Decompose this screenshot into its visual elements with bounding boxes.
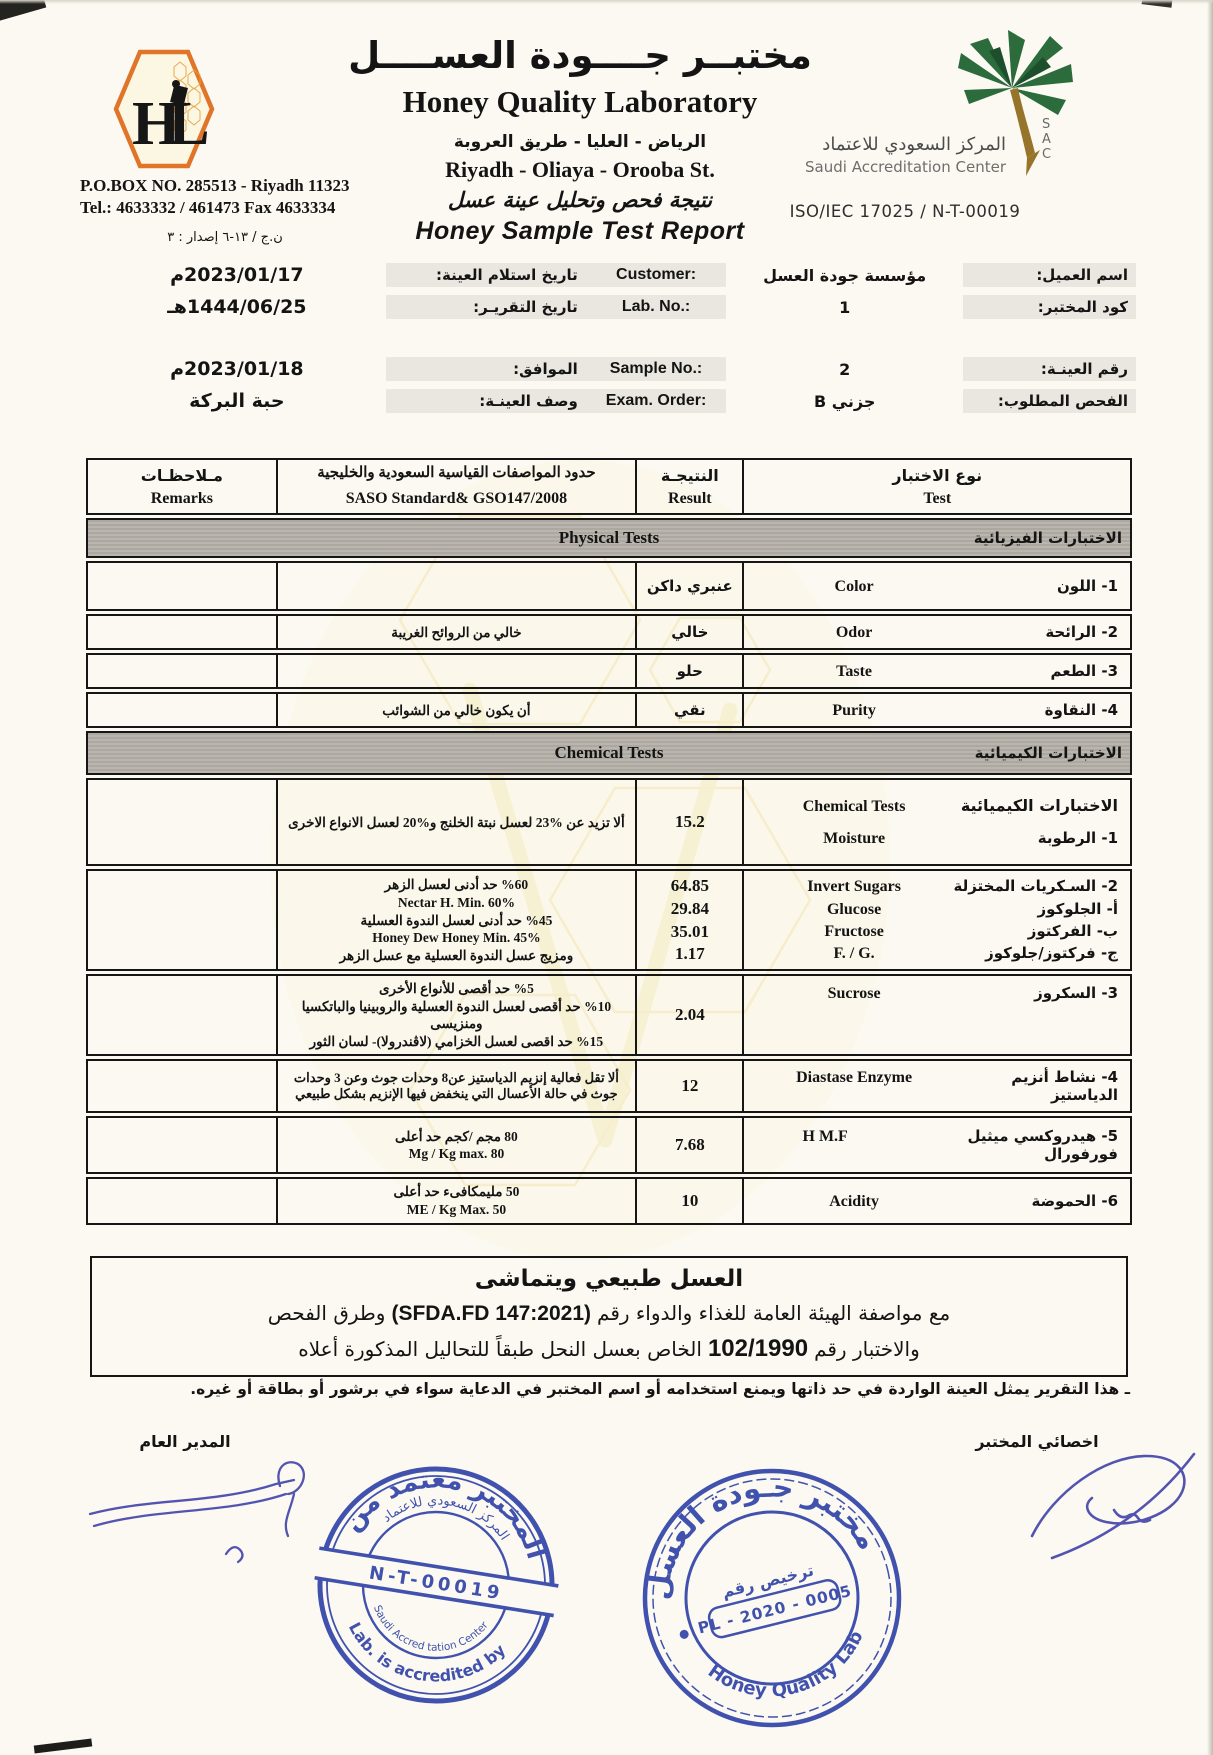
result-value: 64.85 <box>671 876 709 896</box>
standard-value <box>278 655 637 687</box>
remarks-value <box>88 1118 278 1172</box>
test-sub-en: Fructose <box>756 923 951 941</box>
test-name-en: Taste <box>756 663 951 681</box>
result-value: عنبري داكن <box>647 577 733 595</box>
remarks-value <box>88 694 278 726</box>
exam-order-label-en: Exam. Order: <box>586 389 726 413</box>
scanned-report-page: HL P.O.BOX NO. 285513 - Riyadh 11323 Tel… <box>0 0 1213 1755</box>
standard-header-cell: حدود المواصفات القياسية السعودية والخليج… <box>278 460 637 513</box>
sfda-standard-ref: (SFDA.FD 147:2021) <box>391 1302 591 1325</box>
table-row: 5- هيدروكسي ميثيل فورفورالH M.F 7.68 80 … <box>86 1116 1132 1174</box>
lab-title-arabic: مختبــر جــــودة العســــل <box>300 34 860 77</box>
standard-value: خالي من الروائح الغريبة <box>278 616 637 648</box>
result-value: 1.17 <box>675 944 705 964</box>
standard-value: أن يكون خالي من الشوائب <box>278 694 637 726</box>
table-row: 3- السكروزSucrose 2.04 %5 حد أقصى للأنوا… <box>86 974 1132 1056</box>
test-method-ref: 102/1990 <box>708 1335 808 1362</box>
test-header-ar: نوع الاختبار <box>892 466 982 485</box>
chemical-tests-band: الاختبارات الكيميائية Chemical Tests <box>86 731 1132 775</box>
result-value: 10 <box>681 1191 698 1211</box>
conclusion-line-2: مع مواصفة الهيئة العامة للغذاء والدواء ر… <box>106 1301 1112 1326</box>
table-header-row: نوع الاختبار Test النتيجـة Result حدود ا… <box>86 458 1132 515</box>
info-row-customer: اسم العميل: مؤسسة جودة العسل Customer: ت… <box>88 260 1136 290</box>
results-table: نوع الاختبار Test النتيجـة Result حدود ا… <box>86 458 1132 1228</box>
test-name-en: Moisture <box>756 830 951 848</box>
test-header-en: Test <box>923 490 951 508</box>
physical-band-en: Physical Tests <box>88 528 1130 548</box>
gregorian-date-value: 2023/01/18م <box>88 358 386 380</box>
customer-label-ar: اسم العميل: <box>963 263 1136 287</box>
table-row: 2- السـكريات المختزلةInvert Sugars أ- ال… <box>86 869 1132 971</box>
result-value: نقي <box>674 701 706 719</box>
specialist-signature <box>1018 1448 1208 1578</box>
test-name-en: H M.F <box>756 1128 893 1146</box>
test-name-ar: 3- السكروز <box>952 984 1118 1002</box>
info-row-lab-no: كود المختبر: 1 Lab. No.: تاريخ التقريـر:… <box>88 292 1136 322</box>
general-manager-label: المدير العام <box>126 1432 244 1451</box>
scan-artifact-bottom-left <box>34 1738 93 1753</box>
result-value: 29.84 <box>671 899 709 919</box>
standard-value <box>278 563 637 609</box>
sample-desc-label: وصف العينـة: <box>386 389 586 413</box>
iso-accreditation-line: ISO/IEC 17025 / N-T-00019 <box>780 202 1030 221</box>
table-row: 1- اللونColor عنبري داكن <box>86 561 1132 611</box>
chemical-section-en: Chemical Tests <box>756 798 951 816</box>
sac-letter-s: S <box>1042 117 1050 132</box>
test-name-en: Odor <box>756 624 951 642</box>
remarks-value <box>88 780 278 864</box>
standard-value: 50 مليمكافىء حد أعلى 50 ME / Kg Max.‎ <box>278 1179 637 1222</box>
customer-value: مؤسسة جودة العسل <box>726 266 963 285</box>
report-date-label: تاريخ التقريـر: <box>386 295 586 319</box>
table-row: 2- الرائحةOdor خالي خالي من الروائح الغر… <box>86 614 1132 650</box>
standard-value: %5 حد أقصى للأنواع الأخرى %10 حد أقصى لع… <box>278 976 637 1054</box>
customer-label-en: Customer: <box>586 263 726 287</box>
chemical-band-en: Chemical Tests <box>88 743 1130 763</box>
result-header-cell: النتيجـة Result <box>637 460 744 513</box>
conclusion-line-3: والاختبار رقم102/1990الخاص بعسل النحل طب… <box>106 1335 1112 1363</box>
remarks-value <box>88 976 278 1054</box>
gregorian-date-label: الموافق: <box>386 357 586 381</box>
lab-license-stamp: مختبر جـودة العسل ترخيص رقم PL - 2020 - … <box>636 1462 908 1734</box>
report-title-english: Honey Sample Test Report <box>300 217 860 246</box>
svg-text:Honey Quality Lab: Honey Quality Lab <box>701 1624 878 1719</box>
table-row: 3- الطعمTaste حلو <box>86 653 1132 689</box>
exam-order-value: جزني B <box>726 392 963 411</box>
info-row-exam-order: الفحص المطلوب: جزني B Exam. Order: وصف ا… <box>88 386 1136 416</box>
stamp-accredited-from-ar: المختبر معتمد من <box>334 1462 559 1567</box>
result-header-ar: النتيجـة <box>661 466 719 485</box>
table-row: 4- نشاط أنزيم الدياستيزDiastase Enzyme 1… <box>86 1059 1132 1113</box>
conclusion-line3-post: الخاص بعسل النحل طبقاً للتحاليل المذكورة… <box>298 1337 702 1361</box>
test-name-en: Color <box>756 578 951 596</box>
report-title-arabic: نتيجة فحص وتحليل عينة عسل <box>300 188 860 212</box>
accreditation-stamp: المختبر معتمد من المركز السعودي للاعتماد… <box>313 1462 559 1708</box>
test-name-ar: 4- النقاوة <box>952 701 1118 719</box>
table-row: 4- النقاوةPurity نقي أن يكون خالي من الش… <box>86 692 1132 728</box>
exam-order-label-ar: الفحص المطلوب: <box>963 389 1136 413</box>
test-name-ar: 5- هيدروكسي ميثيل فورفورال <box>894 1127 1118 1163</box>
info-row-sample-no: رقم العينـة: 2 Sample No.: الموافق: 2023… <box>88 354 1136 384</box>
standard-value: %60 حد أدنى لعسل الزهر 60% Nectar H. Min… <box>278 871 637 969</box>
remarks-value <box>88 563 278 609</box>
result-value: 35.01 <box>671 922 709 942</box>
honey-lab-logo: HL <box>110 40 218 178</box>
remarks-header-ar: مـلاحظـات <box>141 466 223 485</box>
test-name-en: Sucrose <box>756 985 951 1003</box>
conclusion-line3-pre: والاختبار رقم <box>814 1337 920 1361</box>
test-header-cell: نوع الاختبار Test <box>744 460 1130 513</box>
logo-letters: HL <box>132 90 207 158</box>
result-value: 2.04 <box>675 1005 705 1025</box>
receive-date-value: 2023/01/17م <box>88 264 386 286</box>
test-sub-ar: ج- فركتوز/جلوكوز <box>952 944 1118 962</box>
test-sub-en: Glucose <box>756 901 951 919</box>
result-value: 15.2 <box>675 812 705 832</box>
test-name-ar: 6- الحموضة <box>952 1192 1118 1210</box>
test-name-en: Acidity <box>756 1193 951 1211</box>
test-name-en: Purity <box>756 702 951 720</box>
sample-no-value: 2 <box>726 360 963 379</box>
table-row: 6- الحموضةAcidity 10 50 مليمكافىء حد أعل… <box>86 1177 1132 1224</box>
test-name-ar: 1- اللون <box>952 577 1118 595</box>
test-name-ar: 4- نشاط أنزيم الدياستيز <box>952 1068 1118 1104</box>
test-name-ar: 3- الطعم <box>952 662 1118 680</box>
stamp-lab-name-en: Honey Quality Lab <box>701 1624 878 1719</box>
test-name-ar: 2- السـكريات المختزلة <box>952 877 1118 895</box>
standard-header-en: SASO Standard& GSO147/2008 <box>346 489 567 510</box>
remarks-value <box>88 871 278 969</box>
test-sub-ar: ب- الفركتوز <box>952 922 1118 940</box>
sac-letter-a: A <box>1042 132 1051 147</box>
lab-title-english: Honey Quality Laboratory <box>300 84 860 120</box>
sac-name-english: Saudi Accreditation Center <box>760 158 1006 176</box>
standard-value: ألا تقل فعالية إنزيم الدياستيز عن8 وحدات… <box>278 1061 637 1111</box>
chemical-section-ar: الاختبارات الكيميائية <box>952 796 1118 815</box>
standard-value: ألا تزيد عن %23 لعسل نبتة الخلنج و%20 لع… <box>278 780 637 864</box>
result-value: 7.68 <box>675 1135 705 1155</box>
remarks-value <box>88 1061 278 1111</box>
remarks-header-cell: مـلاحظـات Remarks <box>88 460 278 513</box>
conclusion-headline: العسل طبيعي ويتماشى <box>106 1266 1112 1292</box>
remarks-value <box>88 616 278 648</box>
sample-desc-value: حبة البركة <box>88 390 386 412</box>
standard-header-ar: حدود المواصفات القياسية السعودية والخليج… <box>317 464 595 484</box>
physical-tests-band: الاختبارات الفيزيائية Physical Tests <box>86 518 1132 558</box>
test-name-ar: 2- الرائحة <box>952 623 1118 641</box>
sample-no-label-ar: رقم العينـة: <box>963 357 1136 381</box>
sac-letter-c: C <box>1042 147 1051 162</box>
result-header-en: Result <box>668 490 712 508</box>
test-name-en: Invert Sugars <box>756 878 951 896</box>
result-value: حلو <box>677 662 703 680</box>
remarks-value <box>88 655 278 687</box>
table-row: الاختبارات الكيميائيةChemical Tests 1- ا… <box>86 778 1132 866</box>
test-name-ar: 1- الرطوبة <box>952 829 1118 847</box>
result-value: خالي <box>671 623 708 641</box>
sample-no-label-en: Sample No.: <box>586 357 726 381</box>
remarks-header-en: Remarks <box>151 490 213 508</box>
sac-name-arabic: المركز السعودي للاعتماد <box>760 134 1006 155</box>
conclusion-box: العسل طبيعي ويتماشى مع مواصفة الهيئة الع… <box>90 1256 1128 1377</box>
test-name-en: Diastase Enzyme <box>756 1069 951 1087</box>
lab-code-label-ar: كود المختبر: <box>963 295 1136 319</box>
disclaimer-note: ـ هذا التقرير يمثل العينة الواردة في حد … <box>90 1380 1130 1398</box>
test-sub-ar: أ- الجلوكوز <box>952 900 1118 918</box>
conclusion-line2-pre: مع مواصفة الهيئة العامة للغذاء والدواء ر… <box>597 1301 950 1325</box>
report-date-hijri-value: 1444/06/25هـ <box>88 296 386 318</box>
manager-signature <box>86 1456 336 1576</box>
lab-code-value: 1 <box>726 298 963 317</box>
result-value: 12 <box>681 1076 698 1096</box>
lab-no-label-en: Lab. No.: <box>586 295 726 319</box>
conclusion-line2-post: وطرق الفحص <box>268 1301 386 1325</box>
test-sub-en: F. / G. <box>756 945 951 963</box>
standard-value: 80 مجم /كجم حد أعلى 80 Mg / Kg max.‎ <box>278 1118 637 1172</box>
scan-edge-top <box>0 0 1213 4</box>
receive-date-label: تاريخ استلام العينة: <box>386 263 586 287</box>
remarks-value <box>88 1179 278 1222</box>
svg-text:المختبر معتمد من: المختبر معتمد من <box>334 1462 559 1567</box>
